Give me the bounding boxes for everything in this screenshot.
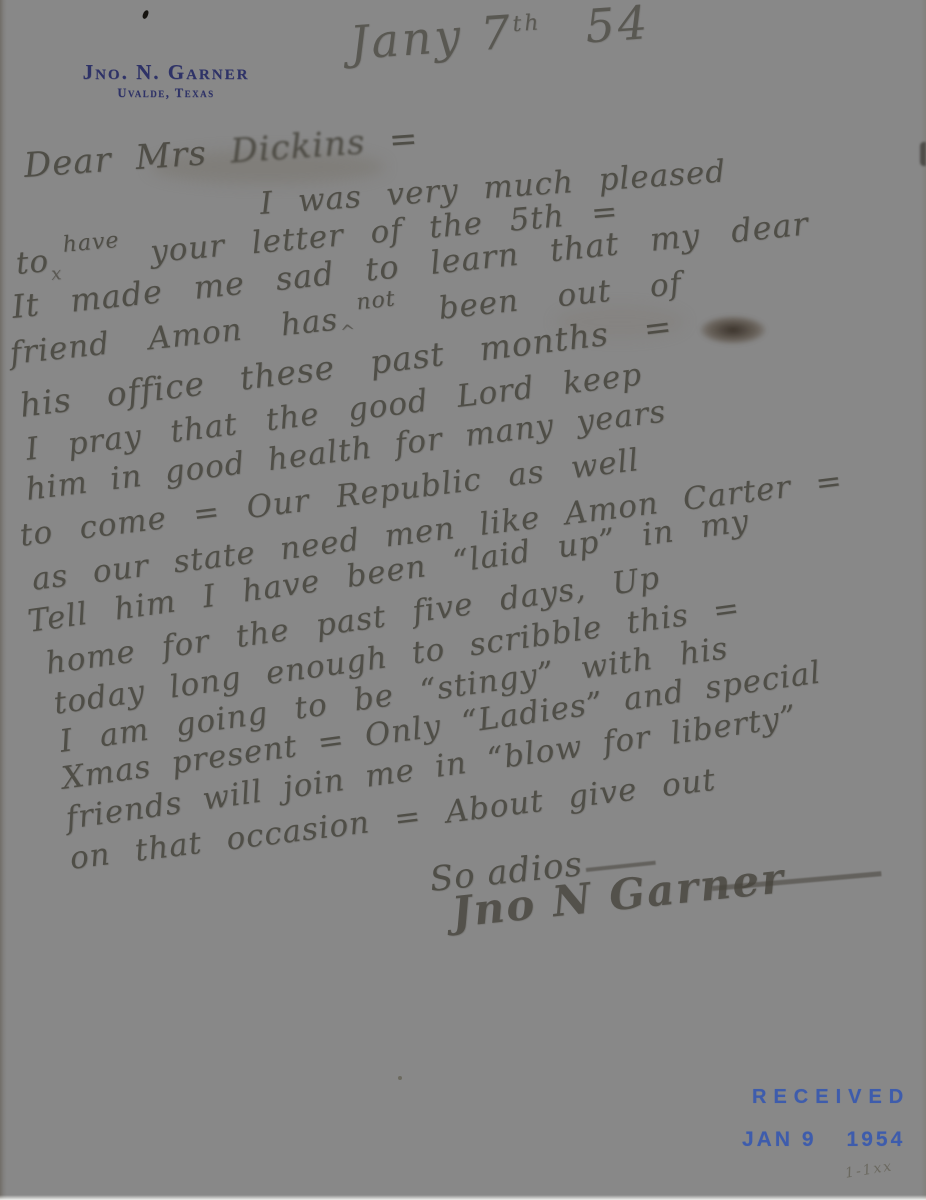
scan-edge-mark	[920, 142, 926, 166]
date-main: Jany 7	[348, 5, 515, 70]
date-year: 54	[584, 0, 652, 53]
date-ordinal: th	[512, 10, 543, 37]
salutation-suffix: =	[388, 118, 420, 160]
received-stamp-date: JAN 91954	[742, 1128, 905, 1152]
scan-edge-bottom	[0, 1195, 926, 1200]
pencil-note: 1-1xx	[844, 1158, 894, 1181]
letterhead: Jno. N. Garner Uvalde, Texas	[76, 60, 256, 101]
inserted-word-not: not	[355, 286, 397, 315]
letterhead-location: Uvalde, Texas	[76, 86, 256, 101]
letter-scan: Jno. N. Garner Uvalde, Texas Jany 7th 54…	[0, 0, 926, 1200]
received-stamp-text: RECEIVED	[752, 1086, 910, 1109]
pencil-dot	[398, 1076, 402, 1080]
stamp-year: 1954	[847, 1128, 906, 1151]
ink-dot	[142, 9, 150, 19]
stamp-month-day: JAN 9	[742, 1128, 817, 1151]
ink-blot	[700, 316, 766, 344]
date-line: Jany 7th 54	[348, 0, 652, 70]
scan-edge-right	[921, 0, 926, 1200]
inserted-word-have: have	[62, 228, 121, 258]
line1-text-a: to	[14, 243, 50, 282]
scan-edge-left	[0, 0, 7, 1200]
insertion-caret: ^	[339, 321, 357, 344]
letterhead-name: Jno. N. Garner	[76, 60, 256, 85]
